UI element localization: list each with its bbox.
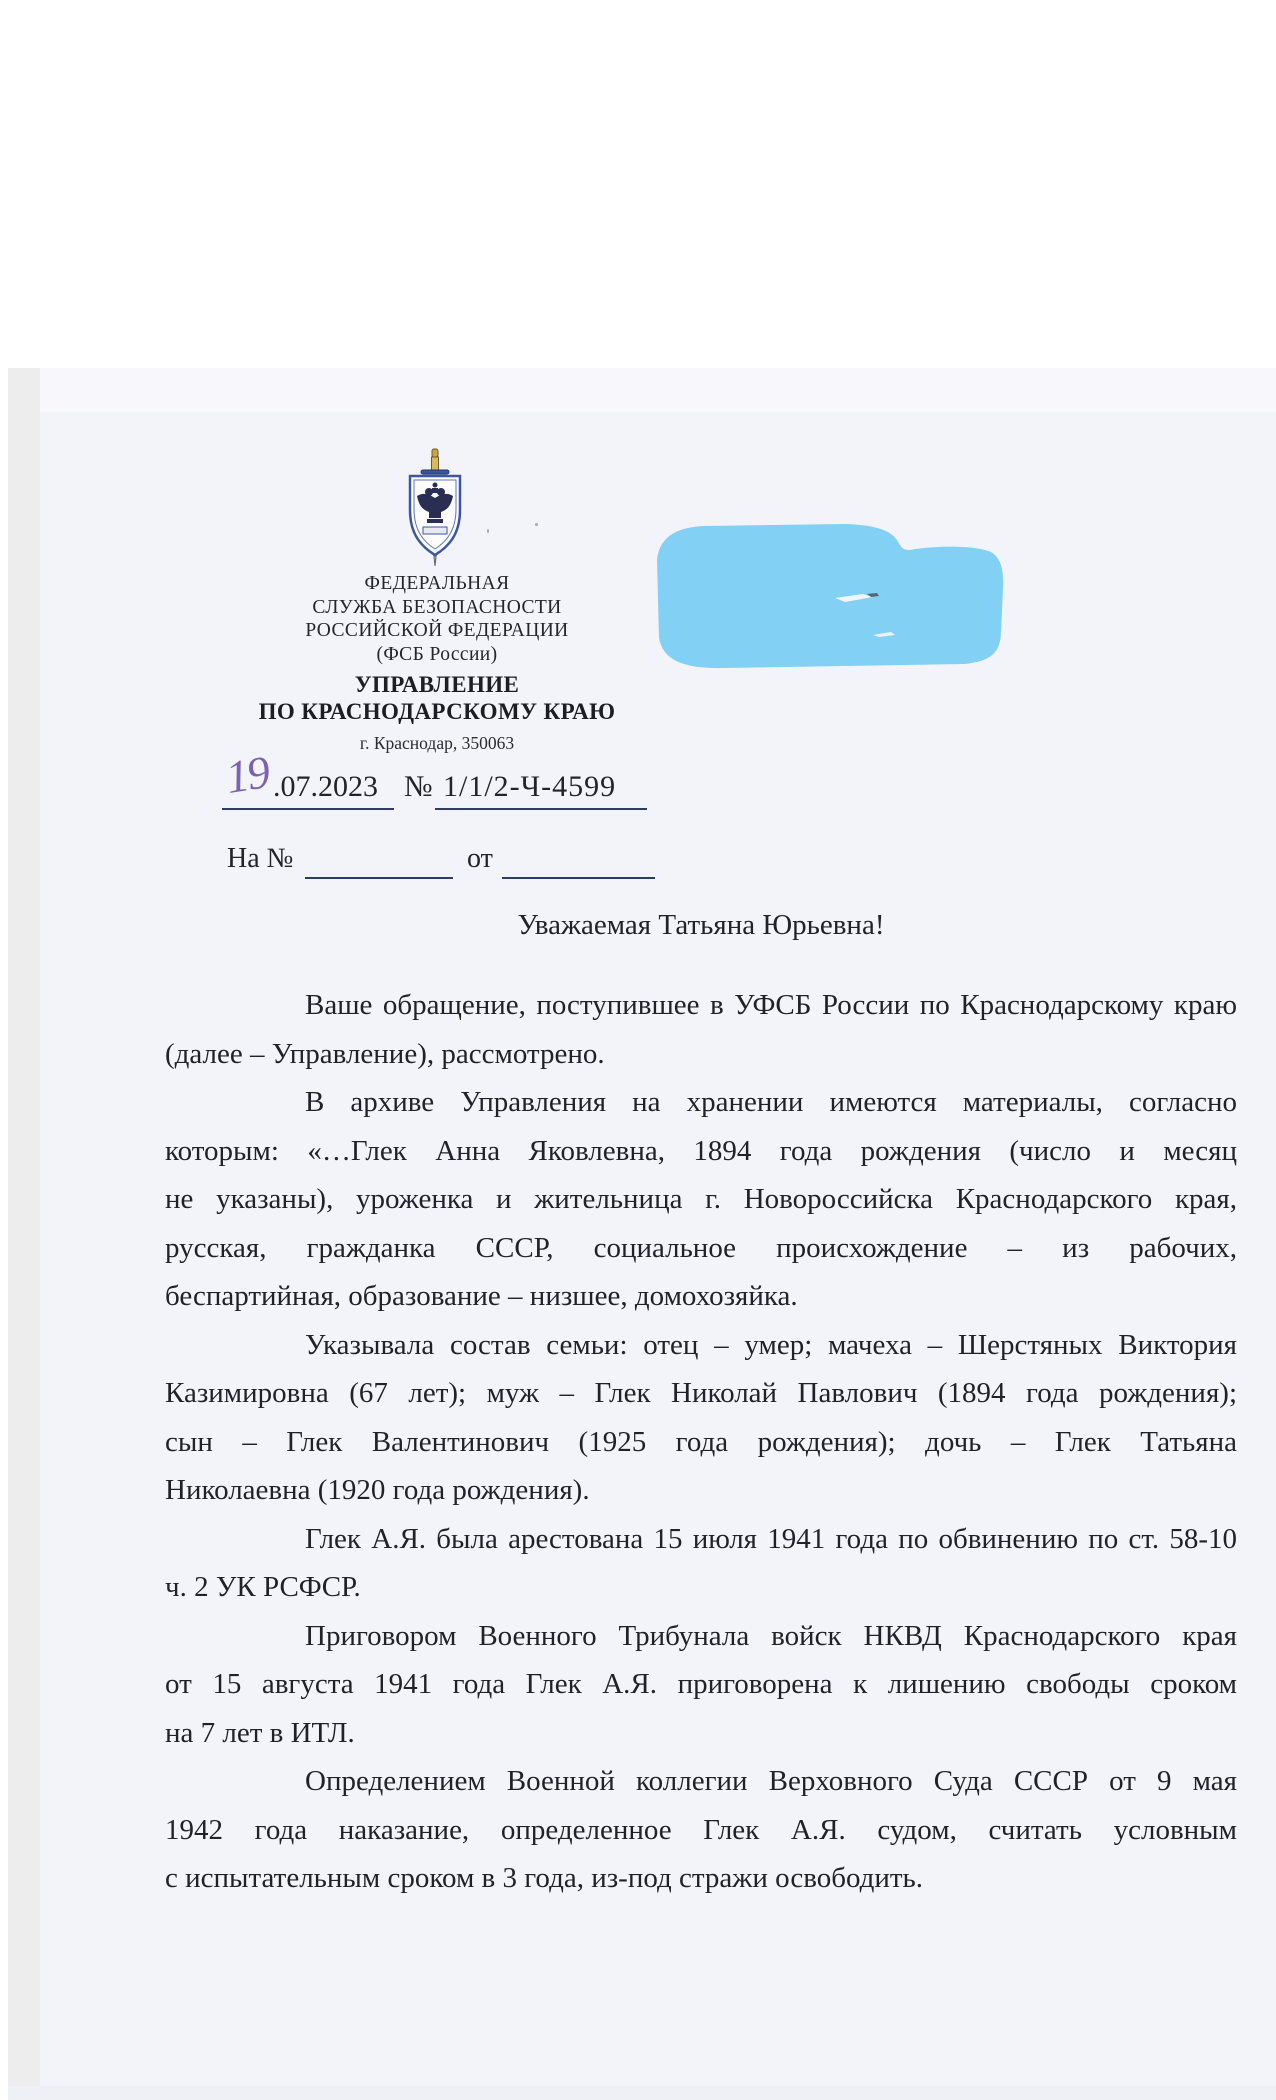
body-line: Определением Военной коллегии Верховного… — [165, 1759, 1237, 1808]
department-name-line: УПРАВЛЕНИЕ — [187, 671, 687, 698]
org-name-line: ФЕДЕРАЛЬНАЯ — [187, 572, 687, 596]
body-line: 1942 года наказание, определенное Глек А… — [165, 1808, 1237, 1857]
body-line: Ваше обращение, поступившее в УФСБ Росси… — [165, 983, 1237, 1032]
letter-body: Ваше обращение, поступившее в УФСБ Росси… — [165, 983, 1237, 1905]
reply-number-blank-underline — [305, 877, 453, 879]
page-bottom-edge-shade — [8, 2086, 1276, 2100]
date-underline — [222, 808, 394, 810]
reply-date-blank-underline — [502, 877, 655, 879]
fsb-shield-eagle-sword-emblem-icon — [403, 448, 467, 570]
page-top-edge-shade — [40, 368, 1276, 412]
body-line: сын – Глек Валентинович (1925 года рожде… — [165, 1420, 1237, 1469]
body-line: от 15 августа 1941 года Глек А.Я. пригов… — [165, 1662, 1237, 1711]
date-month-year: .07.2023 — [273, 770, 378, 804]
body-line: ч. 2 УК РСФСР. — [165, 1565, 1237, 1614]
handwritten-day: 19 — [223, 749, 272, 801]
body-line: Николаевна (1920 года рождения). — [165, 1468, 1237, 1517]
scanned-letter-view: ФЕДЕРАЛЬНАЯ СЛУЖБА БЕЗОПАСНОСТИ РОССИЙСК… — [0, 0, 1276, 2100]
body-line: (далее – Управление), рассмотрено. — [165, 1032, 1237, 1081]
body-line: русская, гражданка СССР, социальное прои… — [165, 1226, 1237, 1275]
body-line: В архиве Управления на хранении имеются … — [165, 1080, 1237, 1129]
page-left-edge-shade — [8, 368, 40, 2100]
body-line: Глек А.Я. была арестована 15 июля 1941 г… — [165, 1517, 1237, 1566]
body-line: с испытательным сроком в 3 года, из-под … — [165, 1856, 1237, 1905]
body-line: которым: «…Глек Анна Яковлевна, 1894 год… — [165, 1129, 1237, 1178]
number-sign: № — [404, 770, 433, 804]
salutation: Уважаемая Татьяна Юрьевна! — [165, 901, 1237, 949]
reply-to-prefix: На № — [227, 843, 293, 875]
org-name-line: СЛУЖБА БЕЗОПАСНОСТИ — [187, 596, 687, 620]
body-line: Приговором Военного Трибунала войск НКВД… — [165, 1614, 1237, 1663]
outgoing-number: 1/1/2-Ч-4599 — [443, 770, 616, 804]
scan-speck — [487, 529, 489, 533]
body-line: Казимировна (67 лет); муж – Глек Николай… — [165, 1371, 1237, 1420]
body-line: на 7 лет в ИТЛ. — [165, 1711, 1237, 1760]
body-line: Указывала состав семьи: отец – умер; мач… — [165, 1323, 1237, 1372]
scan-speck — [535, 523, 538, 526]
org-abbreviation: (ФСБ России) — [187, 643, 687, 667]
department-name-line: ПО КРАСНОДАРСКОМУ КРАЮ — [187, 698, 687, 725]
body-line: беспартийная, образование – низшее, домо… — [165, 1274, 1237, 1323]
letterhead: ФЕДЕРАЛЬНАЯ СЛУЖБА БЕЗОПАСНОСТИ РОССИЙСК… — [187, 572, 687, 753]
number-underline — [435, 808, 647, 810]
redaction-marker-block — [645, 518, 1007, 670]
reply-from-label: от — [467, 843, 493, 875]
body-line: не указаны), уроженка и жительница г. Но… — [165, 1177, 1237, 1226]
org-name-line: РОССИЙСКОЙ ФЕДЕРАЦИИ — [187, 619, 687, 643]
